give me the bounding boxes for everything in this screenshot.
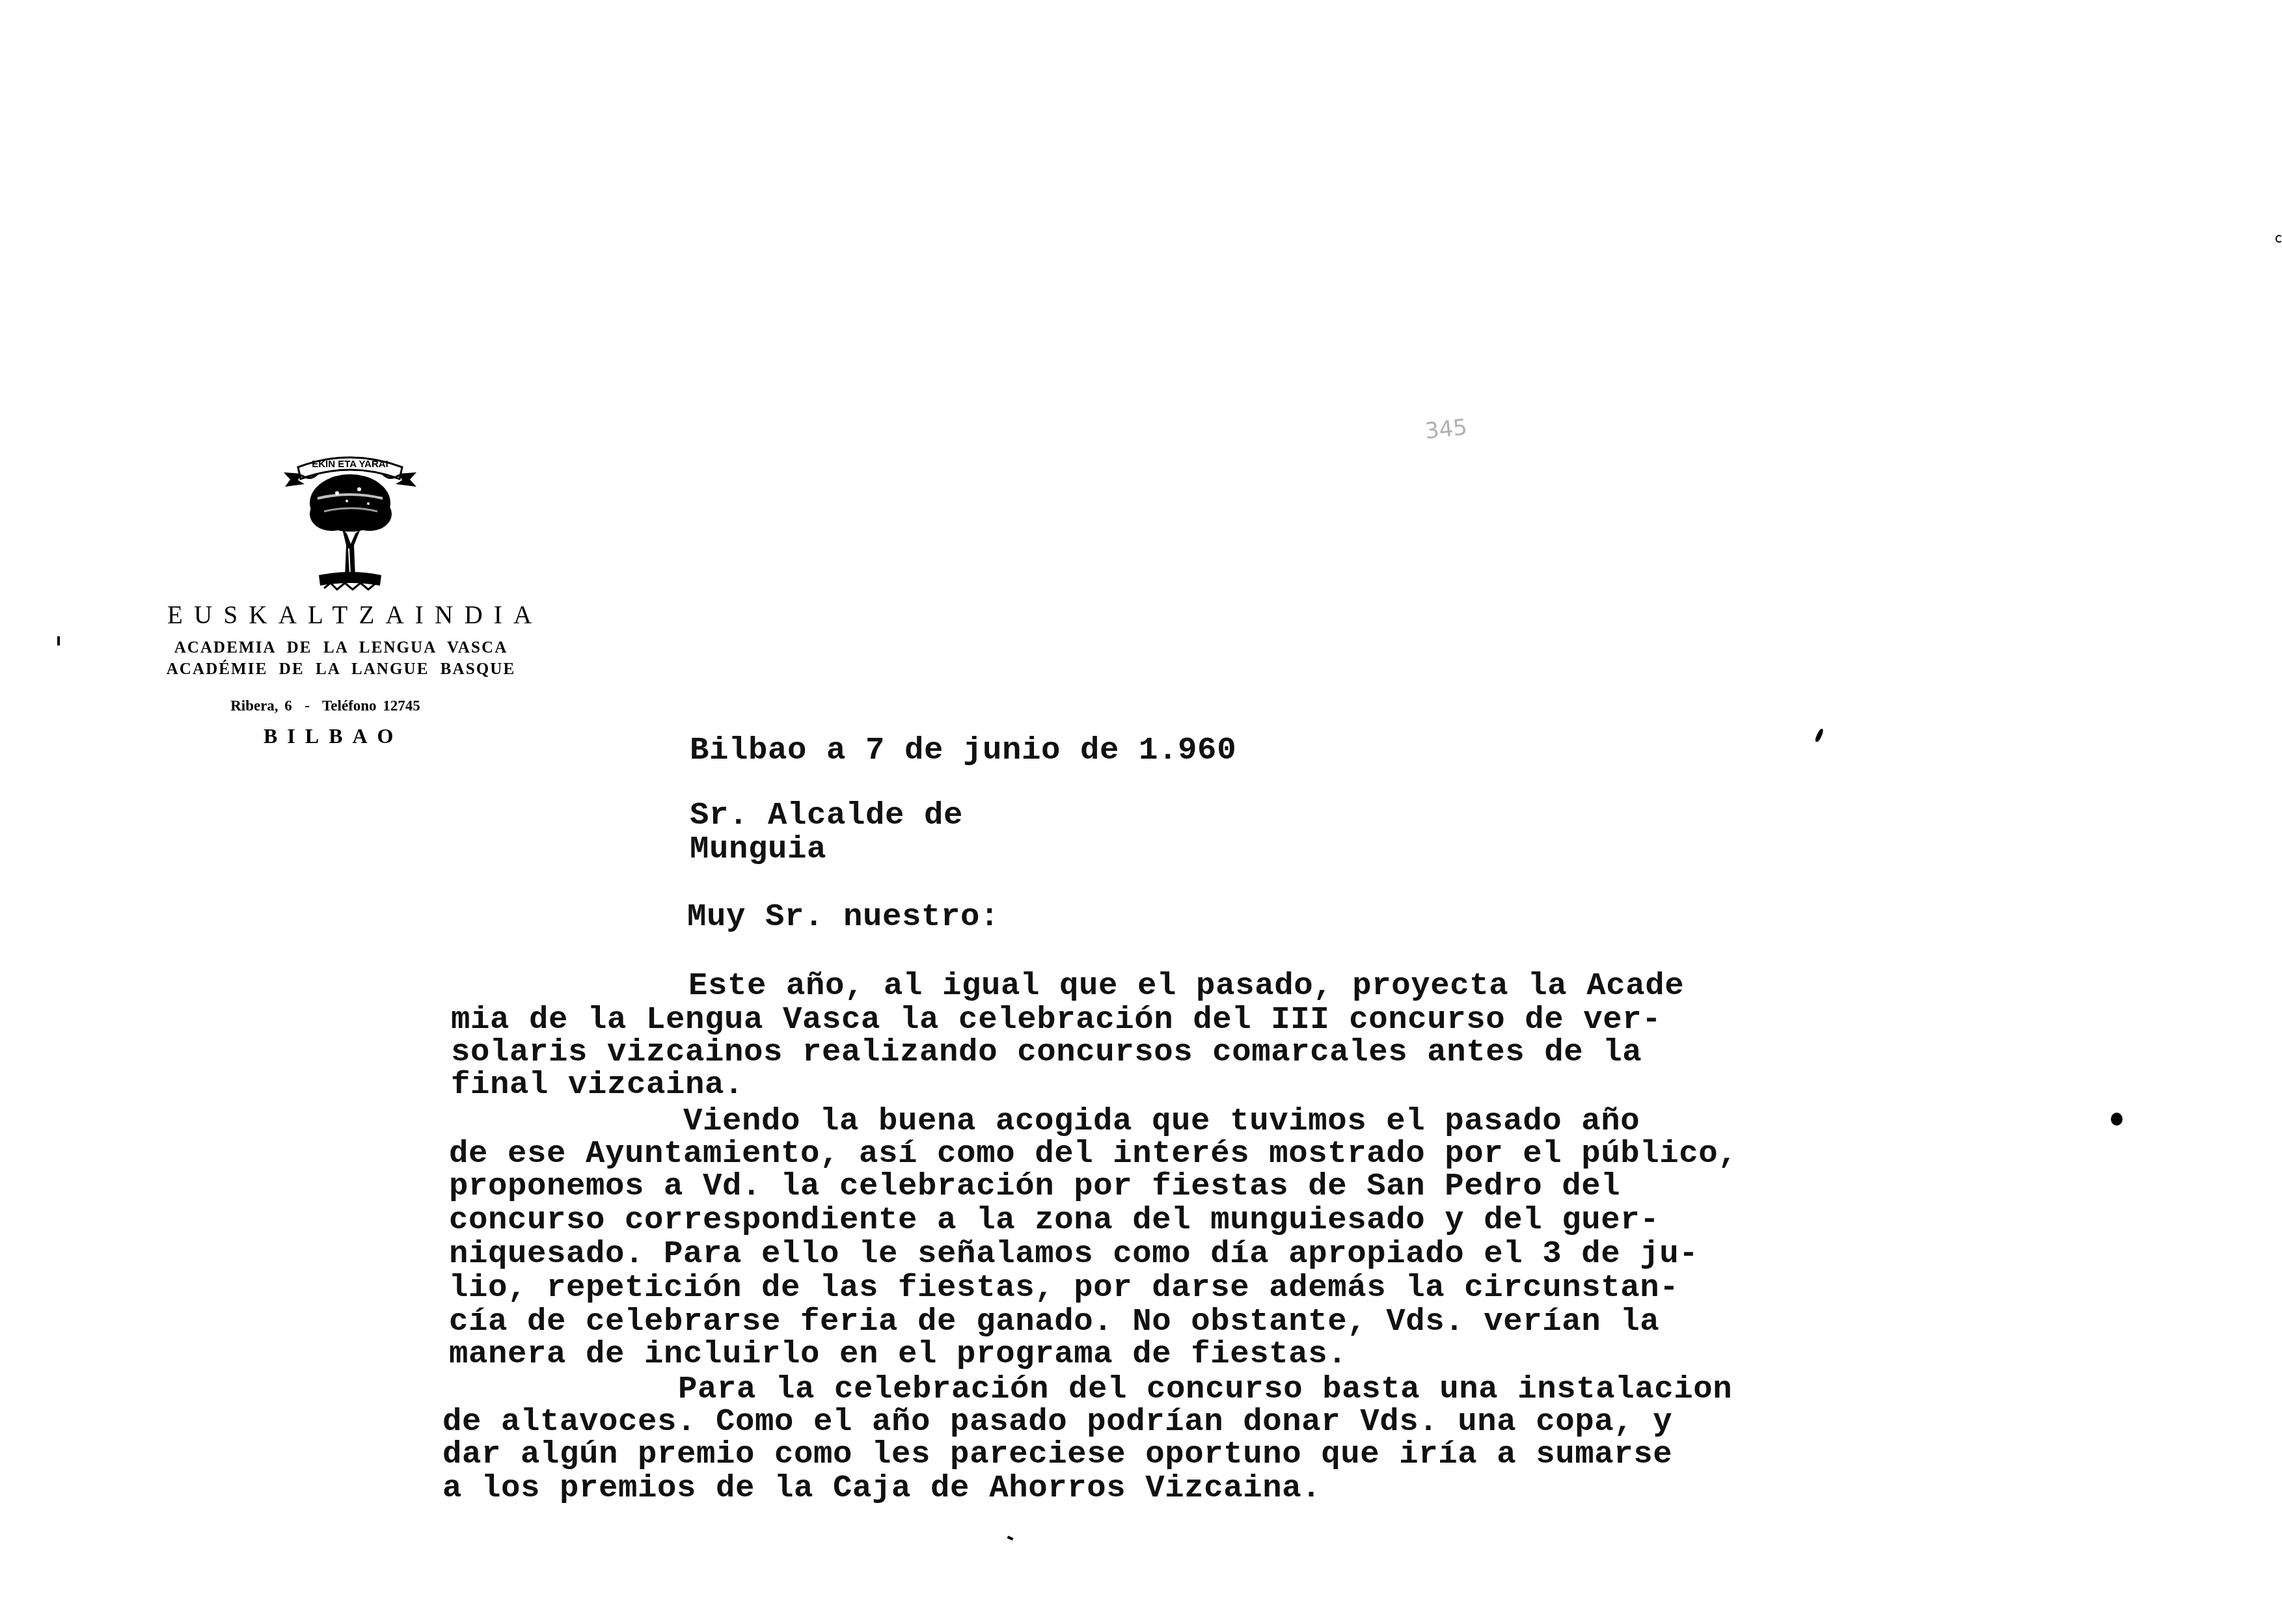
organization-subtitle-french: ACADÉMIE DE LA LANGUE BASQUE (166, 660, 516, 679)
ink-dot-right (2111, 1113, 2123, 1126)
organization-name: EUSKALTZAINDIA (167, 601, 515, 630)
organization-city: BILBAO (264, 724, 390, 748)
ink-mark-right (1813, 729, 1825, 742)
svg-text:EKIN ETA YARAI: EKIN ETA YARAI (312, 459, 388, 470)
organization-subtitle-spanish: ACADEMIA DE LA LENGUA VASCA (166, 639, 516, 657)
ink-speck-left (57, 636, 60, 645)
archive-number: 345 (1424, 414, 1469, 445)
organization-address: Ribera, 6 - Teléfono 12745 (208, 697, 442, 714)
ink-dash-bottom (1007, 1536, 1014, 1540)
oak-tree-emblem-icon: EKIN ETA YARAI (272, 441, 428, 597)
letterhead-logo: EKIN ETA YARAI (267, 429, 423, 586)
ink-speck-topright (2275, 235, 2282, 243)
